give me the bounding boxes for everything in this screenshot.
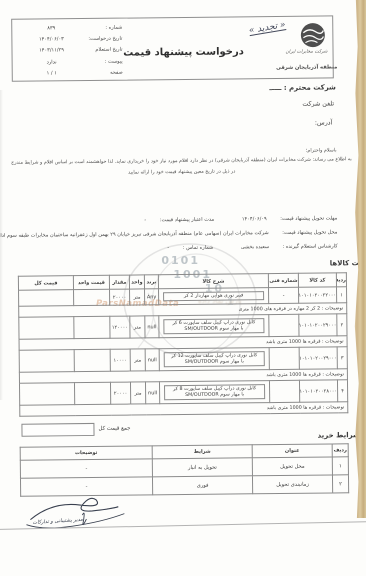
meta-value: ۱۴۰۳/۱۱/۲۹ [18,47,84,54]
company-name-script: شرکت مخابرات ایران [279,49,335,55]
cell-code: ۱۰۱۰۱۰۲۰۰۲۹۰۰۰ [299,314,337,336]
meta-value: ندارد [19,59,85,66]
grand-total-input-box [21,423,94,437]
contact-value: - [167,245,169,251]
company-region: منطقه آذربایجان شرقی [273,64,341,71]
cell-brand: null [145,349,159,371]
recipient-address-line: آدرس: [315,119,332,126]
meta-label: تاریخ درخواست: [84,36,122,42]
validity-value: - [144,217,146,223]
col-total-price: قیمت کل [18,276,73,291]
info-row-deadline: مهلت تحویل پیشنهاد قیمت: ۱۴۰۴/۰۶/۰۹ مدت … [144,215,337,223]
cell-brand: null [145,382,159,404]
cell-tech [269,347,299,369]
header-box: شماره : ۸۳۹ تاریخ درخواست: ۱۴۰۴/۰۶/۰۳ تا… [11,15,334,81]
cell-total [19,350,74,373]
cell-title: زمانبندی تحویل [252,475,332,494]
cell-total [19,383,74,406]
cell-unit-price [74,349,110,371]
grand-total-label: جمع قیمت کل [98,426,130,432]
page-title: درخواست پیشنهاد قیمت [104,46,262,59]
cell-unit: متر [130,349,145,371]
cell-desc: کابل نوری دراپ کیبل سلف ساپورت 6 کربا مه… [159,315,269,338]
cell-no: ۱ [332,457,348,475]
cell-brand: Any [145,289,159,305]
cell-unit: متر [130,382,145,404]
cell-title: محل تحویل [252,457,332,476]
cell-no: ۲ [337,314,347,336]
cell-qty: ۲۰۰۰۰ [110,382,130,404]
cell-desc: کابل نوری دراپ کیبل سلف ساپورت 12 کربا م… [159,348,269,371]
cell-qty: ۱۲۰۰۰۰ [110,316,130,338]
cell-qty: ۱۰۰۰۰ [110,349,130,371]
salutation: باسلام واحترام؛ [306,148,337,153]
cell-unit: متر [130,316,145,338]
cell-unit-price [74,316,110,338]
body-paragraph-line2: در ذیل در تاریخ معین پیشنهاد قیمت خود را… [12,168,352,177]
terms-section-title: شرایط خرید [318,431,360,439]
cell-tech [269,380,299,402]
cell-code: ۱۰۱۰۱۰۲۰۰۲۸۰۰۰ [299,380,337,402]
meta-value: ۱ / ۱ [19,70,85,77]
meta-value: ۸۳۹ [18,25,84,32]
cell-total [19,290,74,307]
cell-unit-price [74,289,110,305]
validity-label: مدت اعتبار پیشنهاد قیمت: [160,217,214,224]
col-title: عنوان [252,444,332,458]
col-description: شرح کالا [158,274,268,289]
cell-no: ۱ [336,287,346,303]
col-row-number: ردیف [336,273,346,287]
cell-code: ۱۰۱۰۱۰۲۰۰۲۹۰۰۰ [299,347,337,369]
meta-label: پیوست : [85,58,123,64]
col-item-code: کد کالا [298,273,336,287]
recipient-phone-line: تلفن شرکت [302,100,334,107]
note-text: توضیحات : قرقره ها 1000 متری باشد [20,402,348,416]
meta-label: شماره : [84,24,122,30]
handwritten-revision-note: « تجدید » [236,18,299,38]
cell-cond: فوری [152,476,252,495]
col-unit: واحد [129,275,144,289]
recipient-company-line: شرکت محترم : ـــــ [269,83,336,92]
document-content: شماره : ۸۳۹ تاریخ درخواست: ۱۴۰۴/۰۶/۰۳ تا… [0,0,366,576]
cell-code: ۱۰۱۰۱۰۲۰۰۲۲۰۰۰ [298,287,336,303]
expert-label: کارشناس استعلام گیرنده : [283,243,338,250]
telecom-company-logo-icon [299,21,326,48]
info-row-place: محل تحویل پیشنهاد قیمت: شرکت مخابرات ایر… [0,229,337,239]
cell-brand: null [145,316,159,338]
deadline-value: ۱۴۰۴/۰۶/۰۹ [242,216,267,222]
cell-total [19,317,74,340]
cell-cond: تحویل به انبار [152,458,252,477]
cell-no: ۳ [337,347,347,369]
page-left-shadow [0,90,3,400]
cell-unit-price [74,382,110,404]
goods-note-row-4: توضیحات : قرقره ها 1000 متری باشد [20,402,348,416]
terms-row-2: ۲ زمانبندی تحویل فوری - [20,475,348,496]
place-value: شرکت مخابرات ایران (سهامی عام) منطقه آذر… [0,230,269,239]
cell-desc: کابل نوری دراپ کیبل سلف ساپورت 8 کربا مه… [159,381,269,404]
goods-table: ردیف کد کالا شماره فنی شرح کالا برند واح… [18,272,348,416]
col-conditions: شرایط [152,445,252,459]
expert-value: سعیده بخشی [241,244,269,250]
col-row-number: ردیف [332,444,348,457]
cell-tech [269,314,299,336]
cell-note: - [20,477,152,496]
meta-value: ۱۴۰۴/۰۶/۰۳ [18,36,84,43]
cell-no: ۲ [332,475,348,493]
body-paragraph-line1: به اطلاع می رساند: شرکت مخابرات ایران (م… [12,157,352,166]
cell-desc: فیبر نوری هوایی مهاردار 2 کر [159,288,269,305]
cell-qty: ۲۰۰۰۰ [110,289,130,305]
deadline-label: مهلت تحویل پیشنهاد قیمت: [280,215,337,222]
cell-no: ۴ [337,380,347,402]
meta-row-page: صفحه ۱ / ۱ [19,67,123,79]
info-row-expert: کارشناس استعلام گیرنده : سعیده بخشی شمار… [167,243,337,251]
cell-note: - [20,459,152,478]
meta-label: صفحه [85,70,123,76]
contact-label: شماره تماس : [183,245,213,251]
col-unit-price: قیمت واحد [73,275,109,289]
cell-tech: - [269,287,299,303]
cell-unit: متر [130,289,145,305]
col-brand: برند [144,275,158,289]
scanned-rfq-document: 0101 1001 10 1 ParsNamadData پارس نماد د… [0,0,366,576]
place-label: محل تحویل پیشنهاد قیمت: [282,229,337,236]
col-tech-number: شماره فنی [268,273,298,287]
col-quantity: مقدار [109,275,129,289]
terms-table: ردیف عنوان شرایط توضیحات ۱ محل تحویل تحو… [20,443,350,496]
